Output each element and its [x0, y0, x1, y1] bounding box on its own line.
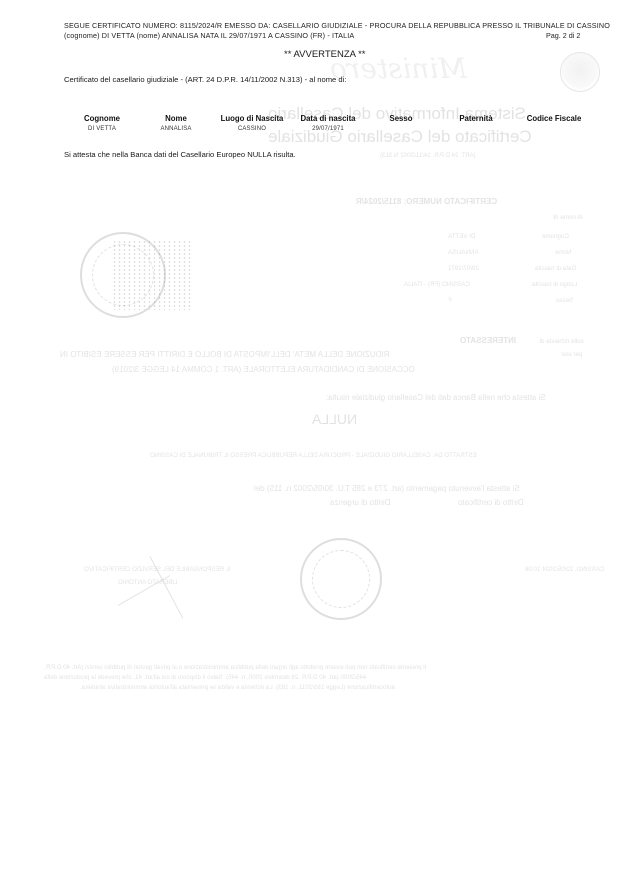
- ghost-footnote-1: Il presente certificato non può essere p…: [44, 664, 426, 671]
- ghost-uso-line1: RIDUZIONE DELLA META' DELL'IMPOSTA DI BO…: [60, 350, 389, 359]
- ghost-cert-number: CERTIFICATO NUMERO: 8115/2024/R: [356, 197, 497, 206]
- ghost-place-date: CASSINO, 22/05/2024 10:08: [525, 566, 604, 573]
- ghost-richiesta: sulla richiesta di:: [538, 338, 584, 345]
- ghost-subtitle: (ART. 24 D.P.R. 14/11/2002 N.313): [380, 152, 476, 159]
- ghost-label-sesso: Sesso: [556, 297, 573, 304]
- cell-data: 29/07/1971: [292, 126, 364, 132]
- ghost-value-nome: ANNALISA: [448, 249, 479, 256]
- cell-cognome: DI VETTA: [70, 126, 134, 132]
- column-header-nome: Nome: [144, 114, 208, 123]
- header-line-1: SEGUE CERTIFICATO NUMERO: 8115/2024/R EM…: [64, 21, 610, 30]
- ghost-estratto: ESTRATTO DA: CASELLARIO GIUDIZIALE - PRO…: [150, 452, 477, 459]
- center-stamp-icon: [300, 538, 382, 620]
- stamp-signature-scribble: [112, 240, 192, 310]
- ghost-footnote-2: 445/2000 (art. 40 D.P.R. 28 dicembre 200…: [44, 674, 366, 681]
- ghost-responsabile-name: LIBERATO ANTONIO: [118, 579, 177, 586]
- certificate-intro: Certificato del casellario giudiziale - …: [64, 75, 346, 84]
- ghost-attesta: Si attesta che nella Banca dati del Case…: [326, 393, 546, 402]
- header-line-2: (cognome) DI VETTA (nome) ANNALISA NATA …: [64, 31, 354, 40]
- column-header-data: Data di nascita: [292, 114, 364, 123]
- cell-luogo: CASSINO: [214, 126, 290, 132]
- cell-nome: ANNALISA: [144, 126, 208, 132]
- column-header-codice-fiscale: Codice Fiscale: [516, 114, 592, 123]
- ghost-per-uso: per uso:: [560, 351, 582, 358]
- column-header-paternita: Paternità: [444, 114, 508, 123]
- ghost-label-nome: Nome: [555, 249, 572, 256]
- ghost-footnote-3: autocertificazione (Legge 183/2011, n. 1…: [80, 684, 395, 691]
- page-number: Pag. 2 di 2: [546, 31, 580, 40]
- ghost-pagamento: Si attesta l'avvenuto pagamento (art. 27…: [254, 484, 520, 493]
- ghost-label-data: Data di nascita: [535, 265, 576, 272]
- ghost-diritto-urg: Diritto di urgenza: [330, 498, 390, 507]
- european-record-result: Si attesta che nella Banca dati del Case…: [64, 150, 296, 159]
- ghost-al-nome: Al nome di:: [552, 214, 583, 221]
- ghost-label-cognome: Cognome: [542, 233, 569, 240]
- warning-title: ** AVVERTENZA **: [284, 49, 366, 60]
- ghost-value-cognome: DI VETTA: [448, 233, 475, 240]
- ghost-label-luogo: Luogo di nascita: [532, 281, 577, 288]
- ghost-diritto-cert: Diritto di certificato: [458, 498, 524, 507]
- ghost-interessato: INTERESSATO: [460, 336, 516, 345]
- column-header-luogo: Luogo di Nascita: [214, 114, 290, 123]
- ghost-value-luogo: CASSINO (FR) - ITALIA: [404, 281, 470, 288]
- ghost-value-sesso: F: [448, 297, 452, 304]
- ghost-value-data: 29/07/1971: [448, 265, 479, 272]
- ghost-nulla: NULLA: [312, 411, 357, 427]
- ghost-uso-line2: OCCASIONE DI CANDIDATURA ELETTORALE (ART…: [112, 365, 415, 374]
- column-header-sesso: Sesso: [374, 114, 428, 123]
- column-header-cognome: Cognome: [70, 114, 134, 123]
- republic-emblem-icon: [560, 52, 600, 92]
